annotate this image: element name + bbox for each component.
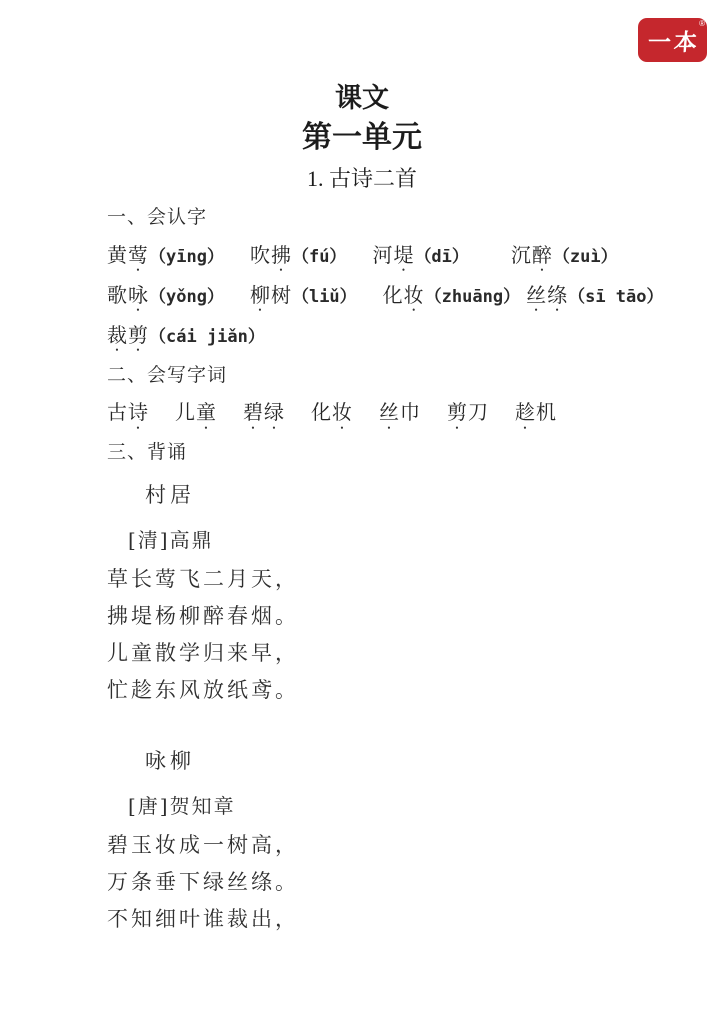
vocab-word: 柳树（liǔ）	[250, 285, 357, 307]
poem-cunju: 村居 [清]高鼎 草长莺飞二月天，拂堤杨柳醉春烟。儿童散学归来早，忙趁东风放纸鸢…	[107, 479, 684, 701]
vocab-word: 黄莺（yīng）	[107, 245, 224, 267]
vocab-row-2: 歌咏（yǒng）柳树（liǔ）化妆（zhuāng）丝绦（sī tāo）	[107, 284, 684, 309]
unit-title: 第一单元	[0, 121, 724, 154]
vocab-word: 古诗	[107, 402, 149, 424]
vocab-row-1: 黄莺（yīng）吹拂（fú）河堤（dī）沉醉（zuì）	[107, 244, 684, 269]
poem-line: 不知细叶谁裁出，	[107, 909, 684, 930]
poem-author: [清]高鼎	[128, 524, 684, 553]
vocab-word: 化妆	[311, 402, 353, 424]
vocab-word: 沉醉（zuì）	[511, 245, 618, 267]
pinyin-annotation: （cái jiǎn）	[149, 327, 265, 347]
vocab-word: 丝巾	[379, 402, 421, 424]
pinyin-annotation: （zuì）	[553, 247, 618, 267]
pinyin-annotation: （liǔ）	[292, 287, 357, 307]
page-content: 一、会认字 黄莺（yīng）吹拂（fú）河堤（dī）沉醉（zuì） 歌咏（yǒn…	[0, 207, 724, 930]
lesson-title: 1. 古诗二首	[0, 167, 724, 191]
vocab-word: 化妆（zhuāng）	[383, 285, 520, 307]
vocab-word: 歌咏（yǒng）	[107, 285, 224, 307]
logo-text: 一本	[644, 24, 701, 57]
vocab-word: 碧绿	[243, 402, 285, 424]
vocab-word: 趁机	[515, 402, 557, 424]
poem-title: 咏柳	[145, 745, 684, 775]
pinyin-annotation: （dī）	[414, 247, 468, 267]
vocab-word: 儿童	[175, 402, 217, 424]
section-heading-recognize-chars: 一、会认字	[107, 207, 684, 230]
pinyin-annotation: （fú）	[292, 247, 346, 267]
poem-title: 村居	[145, 479, 684, 509]
page-title: 课文	[0, 84, 724, 114]
vocab-word: 裁剪（cái jiǎn）	[107, 325, 265, 347]
section-heading-write-words: 二、会写字词	[107, 365, 684, 388]
poem-line: 草长莺飞二月天，	[107, 569, 684, 590]
section-heading-recite: 三、背诵	[107, 442, 684, 465]
poem-line: 万条垂下绿丝绦。	[107, 872, 684, 893]
registered-trademark-icon: ®	[699, 19, 705, 28]
poem-author: [唐]贺知章	[128, 790, 684, 819]
poem-line: 忙趁东风放纸鸢。	[107, 680, 684, 701]
poem-line: 儿童散学归来早，	[107, 643, 684, 664]
document-page: 一本 ® 课文 第一单元 1. 古诗二首 一、会认字 黄莺（yīng）吹拂（fú…	[0, 0, 724, 1024]
poem-yongliu: 咏柳 [唐]贺知章 碧玉妆成一树高，万条垂下绿丝绦。不知细叶谁裁出，	[107, 745, 684, 930]
poem-lines: 草长莺飞二月天，拂堤杨柳醉春烟。儿童散学归来早，忙趁东风放纸鸢。	[107, 569, 684, 701]
pinyin-annotation: （yīng）	[149, 247, 224, 267]
vocab-row-3: 裁剪（cái jiǎn）	[107, 324, 684, 349]
yiben-logo: 一本 ®	[638, 18, 707, 62]
vocab-row-write: 古诗儿童碧绿化妆丝巾剪刀趁机	[107, 401, 684, 426]
vocab-word: 剪刀	[447, 402, 489, 424]
poem-line: 碧玉妆成一树高，	[107, 835, 684, 856]
vocab-word: 丝绦（sī tāo）	[526, 285, 663, 307]
vocab-word: 吹拂（fú）	[250, 245, 346, 267]
pinyin-annotation: （sī tāo）	[568, 287, 663, 307]
poem-line: 拂堤杨柳醉春烟。	[107, 606, 684, 627]
vocab-word: 河堤（dī）	[372, 245, 468, 267]
pinyin-annotation: （zhuāng）	[425, 287, 520, 307]
pinyin-annotation: （yǒng）	[149, 287, 224, 307]
poem-lines: 碧玉妆成一树高，万条垂下绿丝绦。不知细叶谁裁出，	[107, 835, 684, 930]
